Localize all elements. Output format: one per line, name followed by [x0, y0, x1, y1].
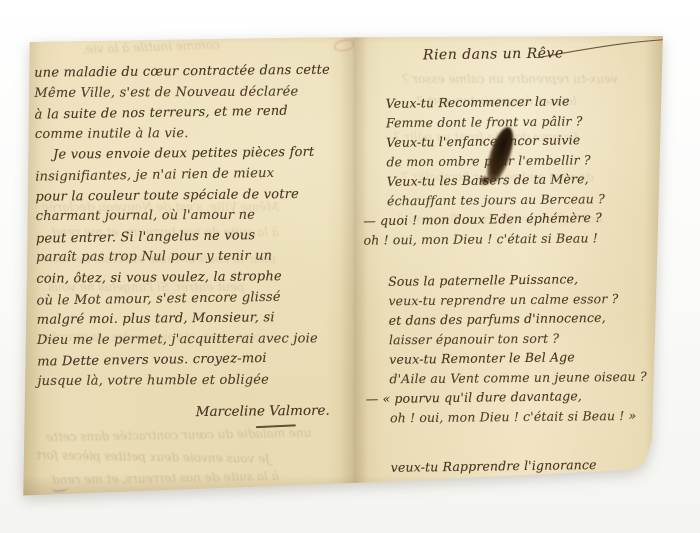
poem-page-right: Rien dans un Rêve Veux-tu Recommencer la… [385, 44, 663, 499]
poem-line: veux-tu reprendre un calme essor ? [388, 290, 660, 312]
poem-stanza-3: veux-tu Rapprendre l'ignorance dans un l… [391, 456, 664, 499]
poem-line: Veux-tu Recommencer la vie [386, 92, 658, 115]
poem-line: dans un livre à peine entrouvert ? [391, 476, 663, 498]
poem-line: d'Aile au Vent comme un jeune oiseau ? [389, 368, 661, 390]
bleedthrough-line: Je vous envoie deux petites pièces fort [36, 448, 270, 466]
ink-blot-small [480, 176, 490, 185]
poem-stanza-1: Veux-tu Recommencer la vie Femme dont le… [386, 92, 660, 252]
letter-line: jusque là, votre humble et obligée [37, 372, 367, 395]
poem-line: Veux-tu les Baisers de ta Mère, [387, 170, 659, 193]
letter-page-left: une maladie du cœur contractée dans cett… [34, 62, 368, 429]
letter-line: une maladie du cœur contractée dans cett… [34, 62, 364, 86]
signature: Marceline Valmore. [196, 402, 368, 420]
poem-line: laisser épanouir ton sort ? [389, 329, 661, 351]
signature-flourish [256, 424, 296, 428]
poem-line: veux-tu Remonter le Bel Age [389, 348, 661, 371]
poem-line: Veux-tu l'enfance encor suivie [386, 131, 658, 154]
collector-stamp [327, 36, 361, 55]
poem-line: de mon ombre pour l'embellir ? [386, 151, 658, 173]
poem-line: veux-tu Rapprendre l'ignorance [391, 456, 663, 479]
letter-line: pour la couleur toute spéciale de votre [35, 186, 365, 210]
bleedthrough-line: à la suite de nos terreurs, et me rend [52, 469, 279, 487]
poem-line: et dans des parfums d'innocence, [389, 309, 661, 332]
letter-line: paraît pas trop Nul pour y tenir un [36, 248, 366, 271]
letter-line: comme inutile à la vie. [35, 125, 365, 148]
letter-sheet: comme inutile à la vie. Même Ville, s'es… [22, 30, 668, 496]
poem-line: oh ! oui, mon Dieu ! c'était si Beau ! » [390, 407, 662, 429]
poem-line: Sous la paternelle Puissance, [388, 270, 660, 293]
poem-line: oh ! oui, mon Dieu ! c'était si Beau ! [363, 229, 659, 251]
poem-stanza-2: Sous la paternelle Puissance, veux-tu re… [388, 270, 662, 430]
bleedthrough-line: comme inutile à la vie. [82, 38, 220, 57]
poem-line: Femme dont le front va pâlir ? [386, 112, 658, 134]
pen-flourish [535, 33, 700, 61]
pencil-mark [52, 481, 69, 493]
poem-line: échauffant tes jours au Berceau ? [387, 190, 659, 212]
letter-sheet-wrapper: comme inutile à la vie. Même Ville, s'es… [22, 30, 668, 496]
photographed-letter: comme inutile à la vie. Même Ville, s'es… [0, 0, 700, 533]
